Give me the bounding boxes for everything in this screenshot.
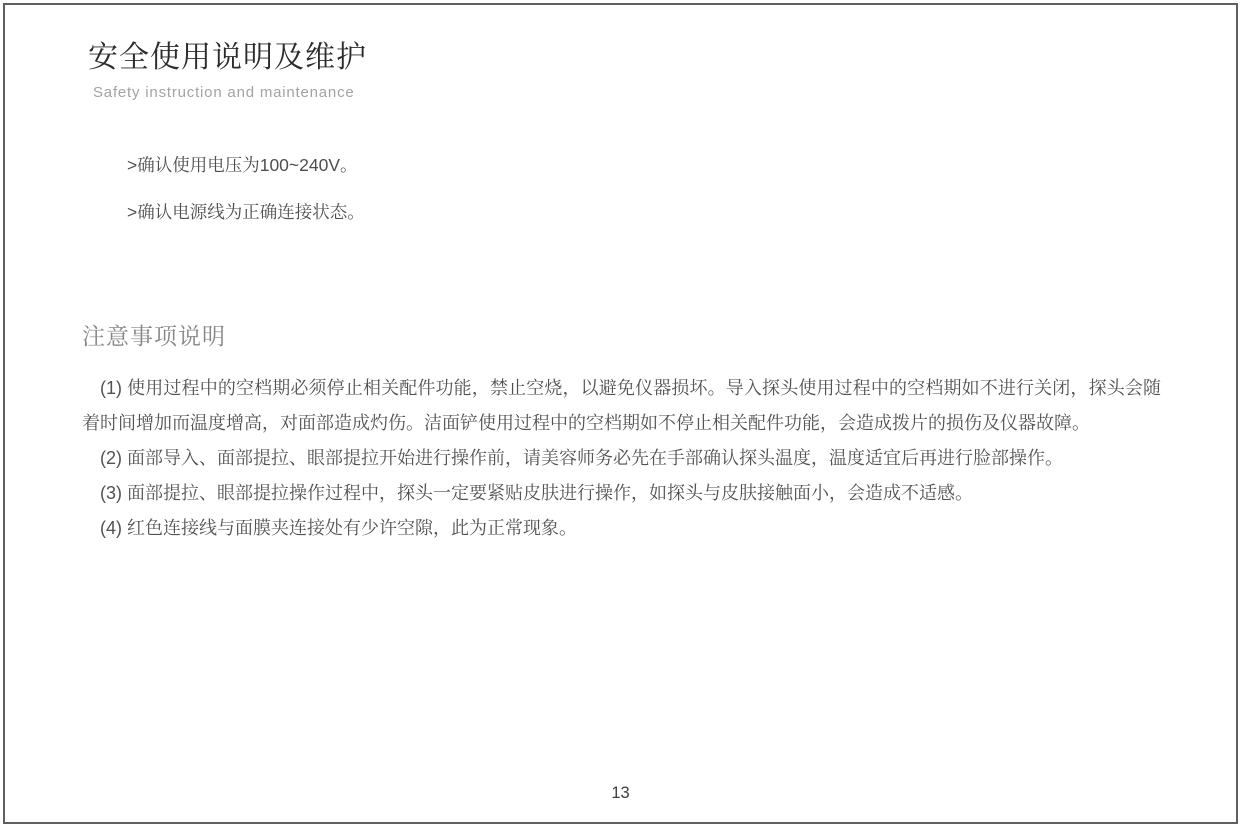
page-subtitle: Safety instruction and maintenance xyxy=(93,84,1241,101)
note-item-4: (4) 红色连接线与面膜夹连接处有少许空隙，此为正常现象。 xyxy=(82,511,1161,546)
page-title: 安全使用说明及维护 xyxy=(88,40,1241,76)
manual-page: 安全使用说明及维护 Safety instruction and mainten… xyxy=(0,0,1241,827)
note-item-2: (2) 面部导入、面部提拉、眼部提拉开始进行操作前，请美容师务必先在手部确认探头… xyxy=(82,441,1161,476)
notes-section-body: (1) 使用过程中的空档期必须停止相关配件功能，禁止空烧，以避免仪器损坏。导入探… xyxy=(82,371,1161,546)
page-header: 安全使用说明及维护 Safety instruction and mainten… xyxy=(88,40,1241,101)
page-number: 13 xyxy=(0,784,1241,803)
checklist-item-voltage: >确认使用电压为100~240V。 xyxy=(127,153,1241,177)
notes-section-heading: 注意事项说明 xyxy=(82,318,1241,351)
note-item-1: (1) 使用过程中的空档期必须停止相关配件功能，禁止空烧，以避免仪器损坏。导入探… xyxy=(82,371,1161,441)
checklist-item-power-cord: >确认电源线为正确连接状态。 xyxy=(127,200,1241,224)
voltage-checklist: >确认使用电压为100~240V。 >确认电源线为正确连接状态。 xyxy=(127,153,1241,224)
note-item-3: (3) 面部提拉、眼部提拉操作过程中，探头一定要紧贴皮肤进行操作，如探头与皮肤接… xyxy=(82,476,1161,511)
